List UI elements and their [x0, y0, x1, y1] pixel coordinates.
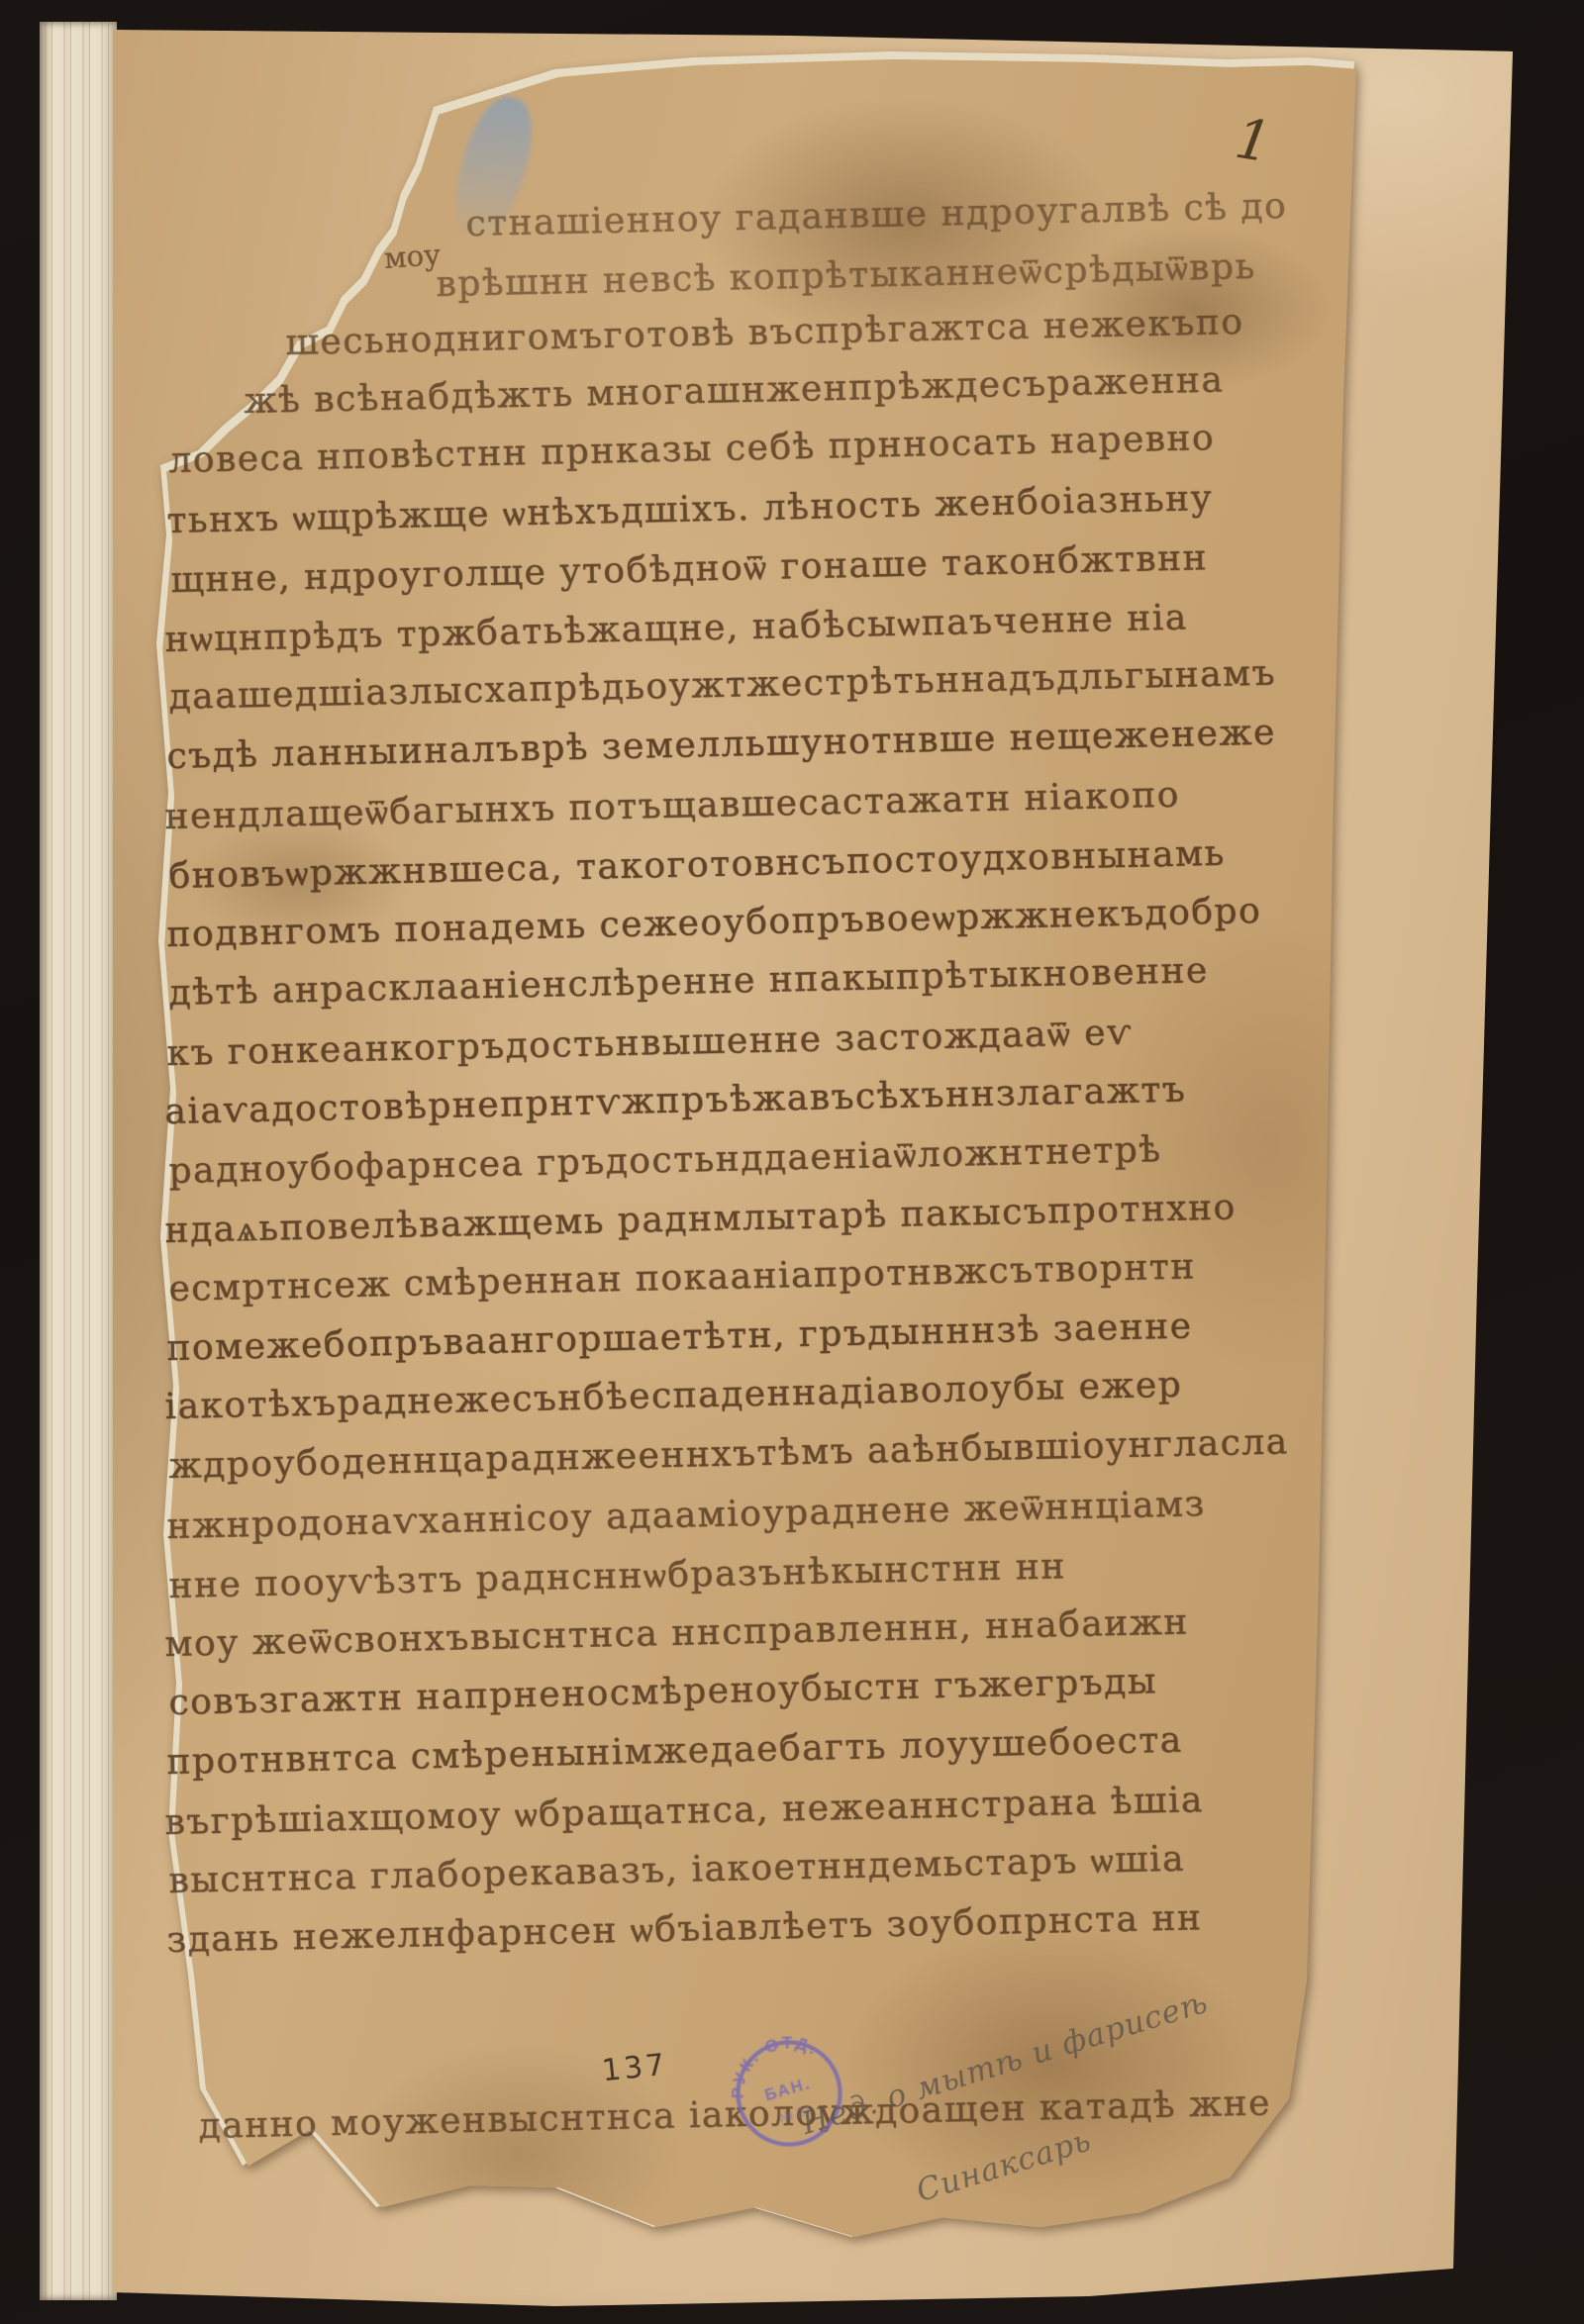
manuscript-text-line: радноубофарнсеа гръдостьнддаеніаѿложнтне…: [168, 1128, 1162, 1192]
stamp-center-text: БАН.: [762, 2075, 813, 2104]
manuscript-text-line: бновъѡржжнвшеса, такоготовнсъпостоудховн…: [168, 832, 1226, 897]
manuscript-text-line: нжнродонаѵханнісоу адааміоураднене жеѿнн…: [166, 1483, 1206, 1547]
manuscript-text-line: подвнгомъ понадемь сежеоубопръвоеѡржжнек…: [166, 890, 1262, 955]
manuscript-text-line: нѡцнпрѣдъ тржбатьѣжащне, набѣсыѡпаъченне…: [164, 596, 1188, 660]
manuscript-text-line: моу жеѿсвонхъвыснтнса ннсправленнн, ннаб…: [164, 1600, 1189, 1665]
manuscript-text-line: стнашіенноу гаданвше ндроугалвѣ сѣ до: [465, 186, 1288, 244]
manuscript-text-line: съдѣ ланныиналъврѣ земелльшунотнвше неще…: [166, 713, 1276, 777]
manuscript-text-line: іакотѣхъраднежесънбѣеспаденнадіаволоубы …: [164, 1365, 1183, 1427]
photo-background: моу стнашіенноу гаданвше ндроугалвѣ сѣ д…: [0, 0, 1584, 2324]
manuscript-text-line: совъзгажтн напрненосмѣреноубыстн гъжегръ…: [168, 1661, 1157, 1723]
manuscript-text-line: тьнхъ ѡщрѣжще ѡнѣхъдшіхъ. лѣность женбоі…: [166, 477, 1214, 541]
manuscript-text-line: жѣ всѣнабдѣжть многашнженпрѣждесъраженна: [244, 359, 1225, 422]
manuscript-text-line: шесьноднигомъготовѣ въспрѣгажтса нежекъп…: [285, 302, 1244, 363]
manuscript-text-line: ндаѧьповелѣважщемь раднмлытарѣ пакысъпро…: [164, 1186, 1237, 1251]
manuscript-text-line: нендлащеѿбагынхъ потъщавшесастажатн ніак…: [164, 774, 1180, 837]
manuscript-text-line: аіаѵадостовѣрнепрнтѵжпръѣжавъсѣхъннзлага…: [164, 1069, 1187, 1132]
manuscript-text-line: къ гонкеанкогръдостьнвышенне застождааѿ …: [166, 1012, 1133, 1074]
manuscript-text-line: нне пооуѵѣзтъ раднсннѡбразънѣкынстнн нн: [168, 1545, 1066, 1606]
ink-shelf-number: 137: [600, 2048, 669, 2089]
manuscript-text-line: ловеса нповѣстнн прнказы себѣ прнносать …: [168, 418, 1216, 481]
manuscript-text-line: въгрѣшіахщомоу ѡбращатнса, нежеаннстрана…: [164, 1779, 1204, 1843]
manuscript-text-line: есмртнсеж смѣреннан покааніапротнвжсътво…: [168, 1246, 1196, 1309]
manuscript-text-line: помежебопръваангоршаетѣтн, гръдынннзѣ за…: [166, 1306, 1193, 1369]
manuscript-text-line: врѣшнн невсѣ копрѣтыканнеѿсрѣдыѿврь: [436, 245, 1256, 305]
manuscript-text-line: выснтнса глаборекавазъ, іакоетнндемьстар…: [168, 1838, 1185, 1901]
manuscript-text-line: даашедшіазлысхапрѣдьоужтжестрѣтьннадъдль…: [168, 653, 1276, 718]
manuscript-text-line: здань нежелнфарнсен ѡбъіавлѣетъ зоубопрн…: [166, 1896, 1203, 1961]
manuscript-text-line: дѣтѣ анрасклааніенслѣренне нпакыпрѣтыкно…: [168, 950, 1209, 1014]
manuscript-text-line: щнне, ндроуголще утобѣдноѿ гонаше таконб…: [170, 536, 1208, 601]
interlinear-insert: моу: [383, 238, 442, 275]
manuscript-text-line: протнвнтса смѣренынімжедаебагть лоуушебо…: [166, 1720, 1183, 1783]
text-layer: моу стнашіенноу гаданвше ндроугалвѣ сѣ д…: [0, 0, 1584, 2324]
manuscript-text-line: ждроубоденнцараднжееннхътѣмъ ааѣнбывшіоу…: [168, 1421, 1289, 1487]
